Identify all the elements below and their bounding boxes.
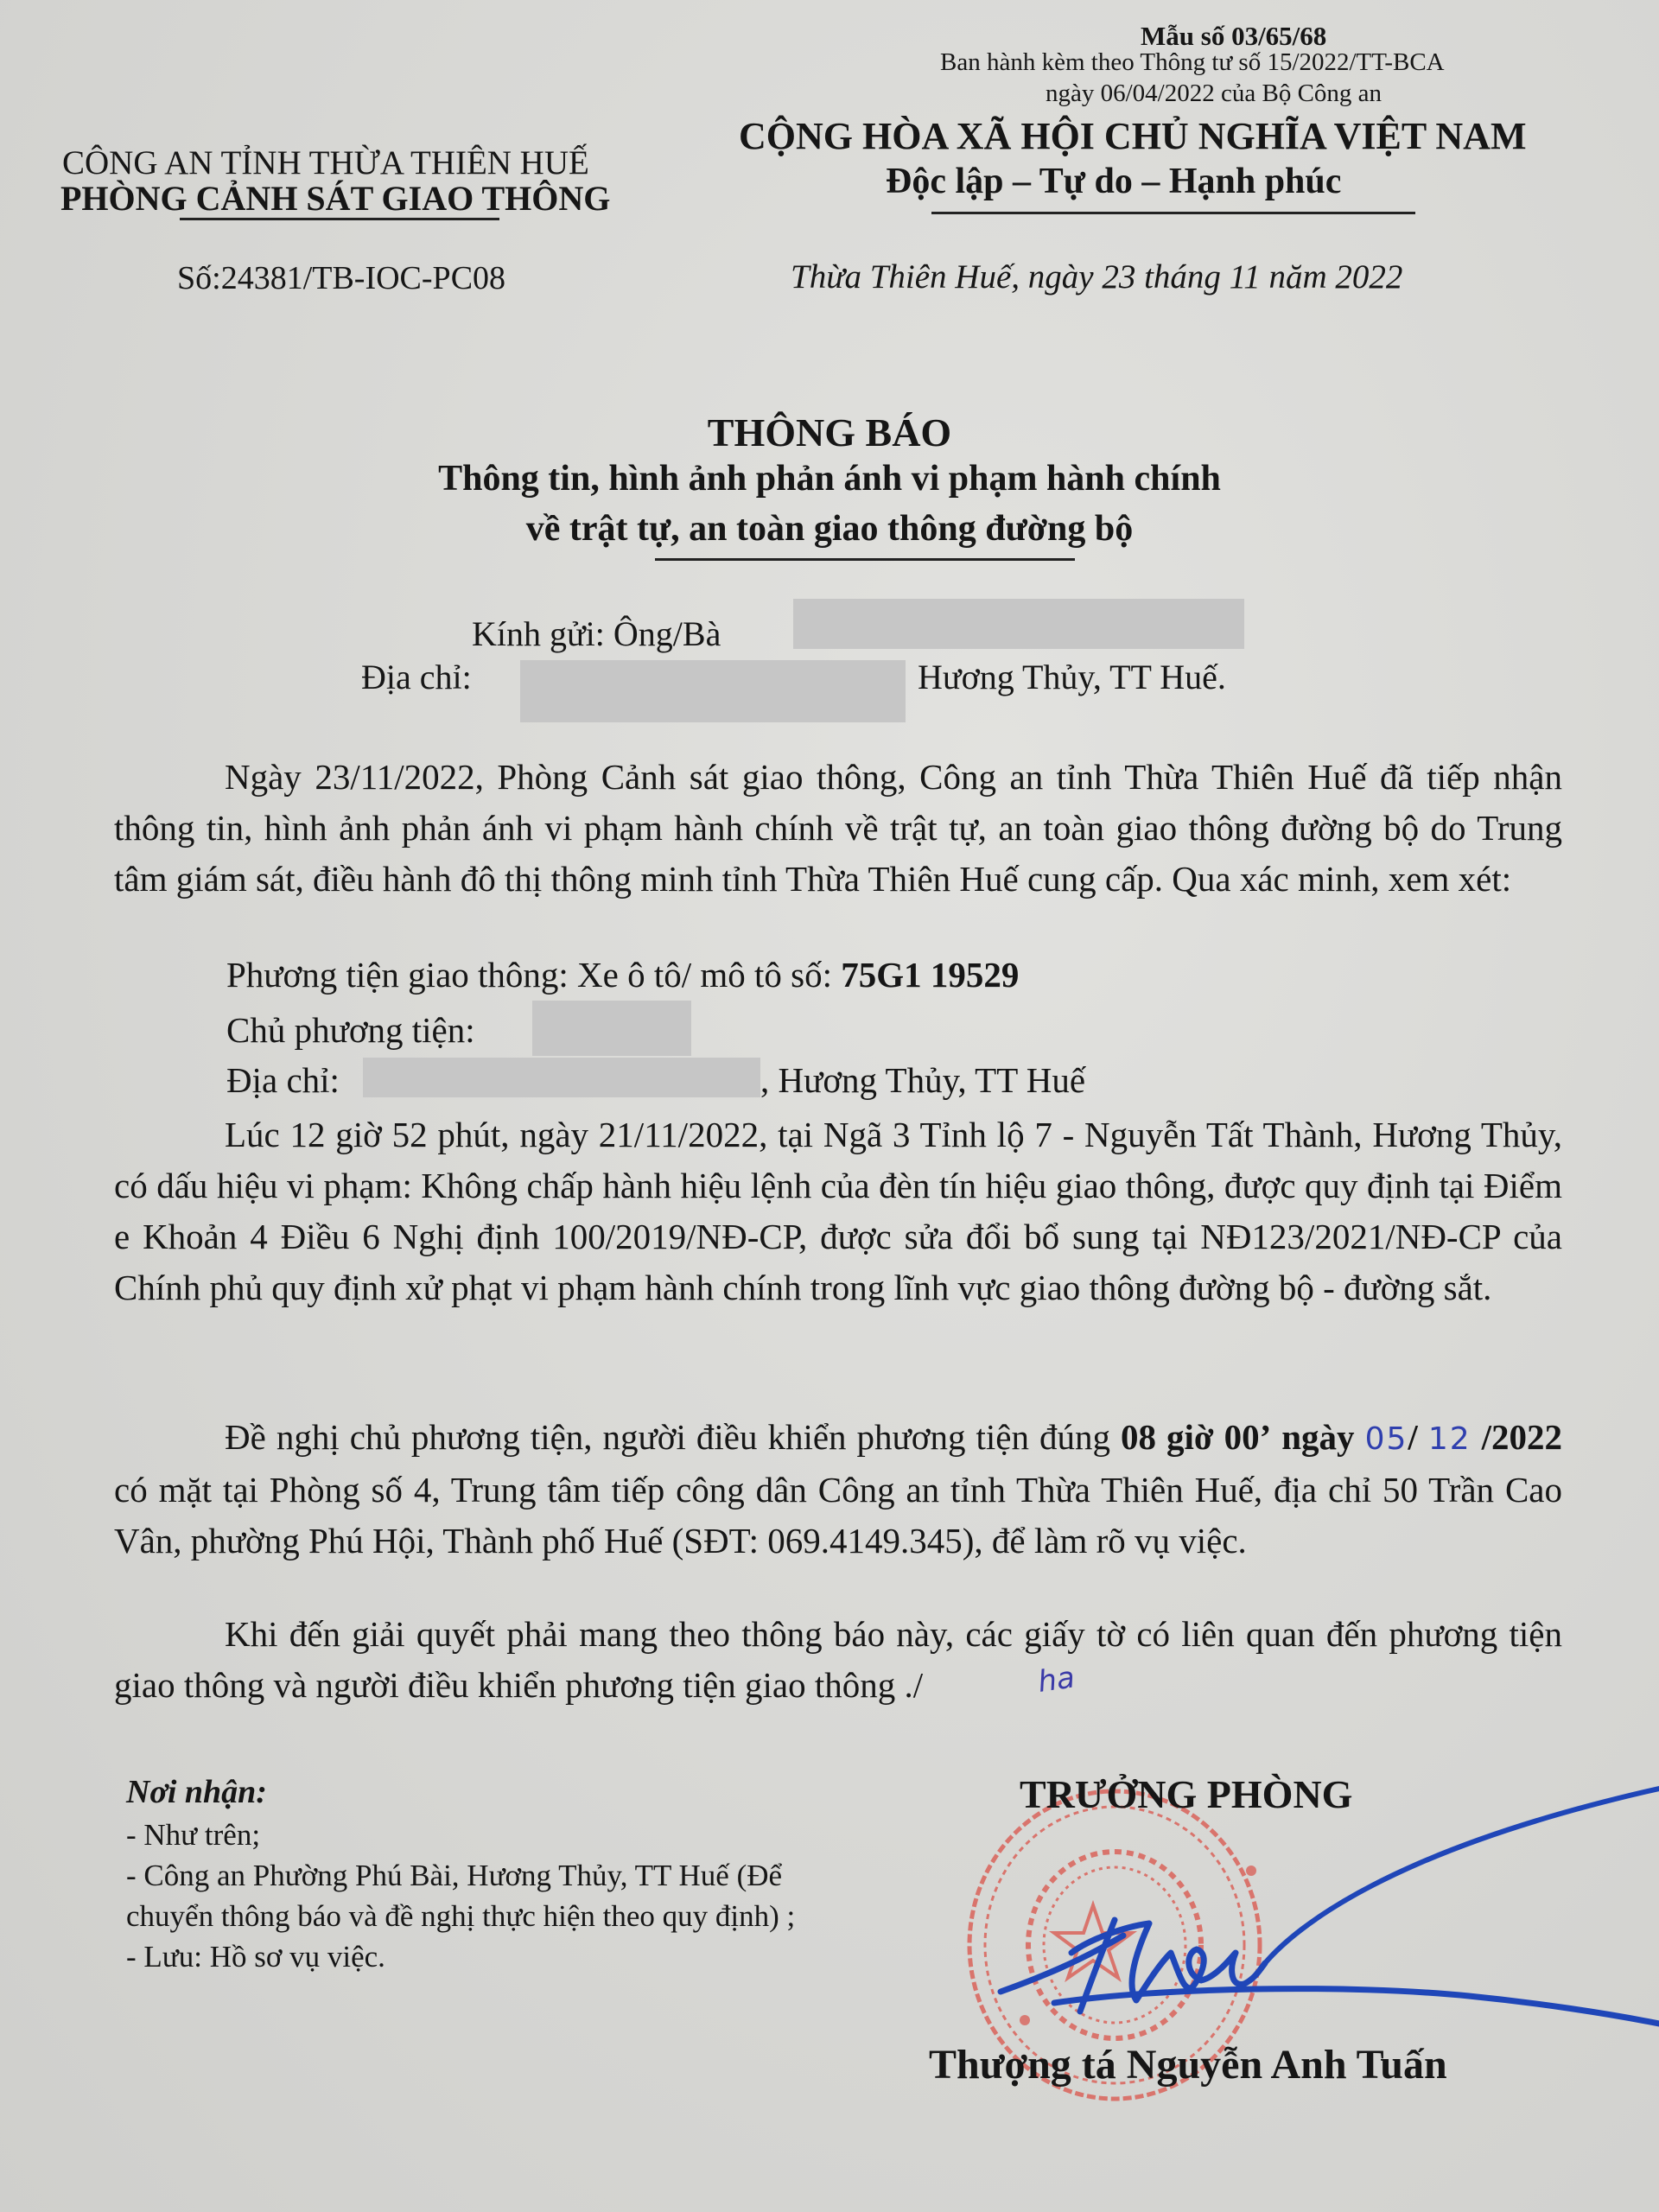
vehicle-line: Phương tiện giao thông: Xe ô tô/ mô tô s… (226, 954, 1019, 995)
appointment-year: /2022 (1482, 1417, 1562, 1457)
owner-label: Chủ phương tiện: (226, 1010, 475, 1050)
recipients-list: - Như trên; - Công an Phường Phú Bài, Hư… (126, 1815, 809, 1977)
document-subtitle-line-1: Thông tin, hình ảnh phản ánh vi phạm hàn… (0, 458, 1659, 499)
document-number: Số:24381/TB-IOC-PC08 (177, 259, 505, 297)
paragraph-summons: Đề nghị chủ phương tiện, người điều khiể… (114, 1412, 1562, 1567)
recipient-item: - Lưu: Hồ sơ vụ việc. (126, 1936, 809, 1977)
document-subtitle-line-2: về trật tự, an toàn giao thông đường bộ (0, 508, 1659, 550)
vehicle-plate: 75G1 19529 (841, 955, 1019, 995)
signer-name: Thượng tá Nguyễn Anh Tuấn (929, 2041, 1447, 2088)
signature-title: TRƯỞNG PHÒNG (1020, 1771, 1352, 1817)
appointment-month: 12 (1428, 1421, 1471, 1457)
recipients-title: Nơi nhận: (126, 1773, 267, 1811)
owner-address-label: Địa chỉ: (226, 1060, 340, 1100)
vehicle-label: Phương tiện giao thông: Xe ô tô/ mô tô s… (226, 955, 841, 995)
title-underline (655, 558, 1075, 561)
summons-rest: có mặt tại Phòng số 4, Trung tâm tiếp cô… (114, 1470, 1562, 1560)
motto-underline (931, 212, 1415, 214)
recipient-item: - Công an Phường Phú Bài, Hương Thủy, TT… (126, 1855, 809, 1936)
form-issued-date: ngày 06/04/2022 của Bộ Công an (1046, 79, 1382, 108)
redacted-recipient-name (793, 599, 1244, 649)
recipient-item: - Như trên; (126, 1815, 809, 1855)
owner-address-tail: , Hương Thủy, TT Huế (760, 1059, 1085, 1101)
requirements-text: Khi đến giải quyết phải mang theo thông … (114, 1614, 1562, 1705)
summons-intro: Đề nghị chủ phương tiện, người điều khiể… (225, 1417, 1121, 1457)
recipient-address-label: Địa chỉ: (361, 657, 472, 697)
recipient-address-tail: Hương Thủy, TT Huế. (918, 657, 1226, 697)
form-issued-with: Ban hành kèm theo Thông tư số 15/2022/TT… (940, 48, 1445, 77)
agency-name: PHÒNG CẢNH SÁT GIAO THÔNG (60, 178, 610, 219)
owner-line: Chủ phương tiện: (226, 1009, 475, 1051)
redacted-owner-name (532, 1001, 691, 1056)
agency-underline (180, 218, 499, 220)
appointment-time: 08 giờ 00’ (1121, 1417, 1271, 1457)
national-motto: Độc lập – Tự do – Hạnh phúc (886, 161, 1341, 202)
form-number: Mẫu số 03/65/68 (1141, 21, 1326, 52)
document-page: Mẫu số 03/65/68 Ban hành kèm theo Thông … (0, 0, 1659, 2212)
document-title: THÔNG BÁO (0, 410, 1659, 455)
paragraph-intro: Ngày 23/11/2022, Phòng Cảnh sát giao thô… (114, 752, 1562, 905)
recipient-greeting: Kính gửi: Ông/Bà (472, 613, 721, 654)
paragraph-requirements: Khi đến giải quyết phải mang theo thông … (114, 1609, 1562, 1713)
redacted-recipient-address (520, 660, 906, 722)
nation-title: CỘNG HÒA XÃ HỘI CHỦ NGHĨA VIỆT NAM (739, 114, 1526, 158)
owner-address-line: Địa chỉ: (226, 1059, 340, 1101)
handwritten-initials: ha (925, 1652, 1078, 1723)
appointment-day: 05 (1365, 1421, 1408, 1457)
place-date: Thừa Thiên Huế, ngày 23 tháng 11 năm 202… (791, 257, 1402, 296)
appointment-day-label: ngày (1281, 1417, 1354, 1457)
agency-parent: CÔNG AN TỈNH THỪA THIÊN HUẾ (62, 143, 589, 182)
redacted-owner-address (363, 1058, 760, 1097)
paragraph-violation: Lúc 12 giờ 52 phút, ngày 21/11/2022, tại… (114, 1109, 1562, 1313)
